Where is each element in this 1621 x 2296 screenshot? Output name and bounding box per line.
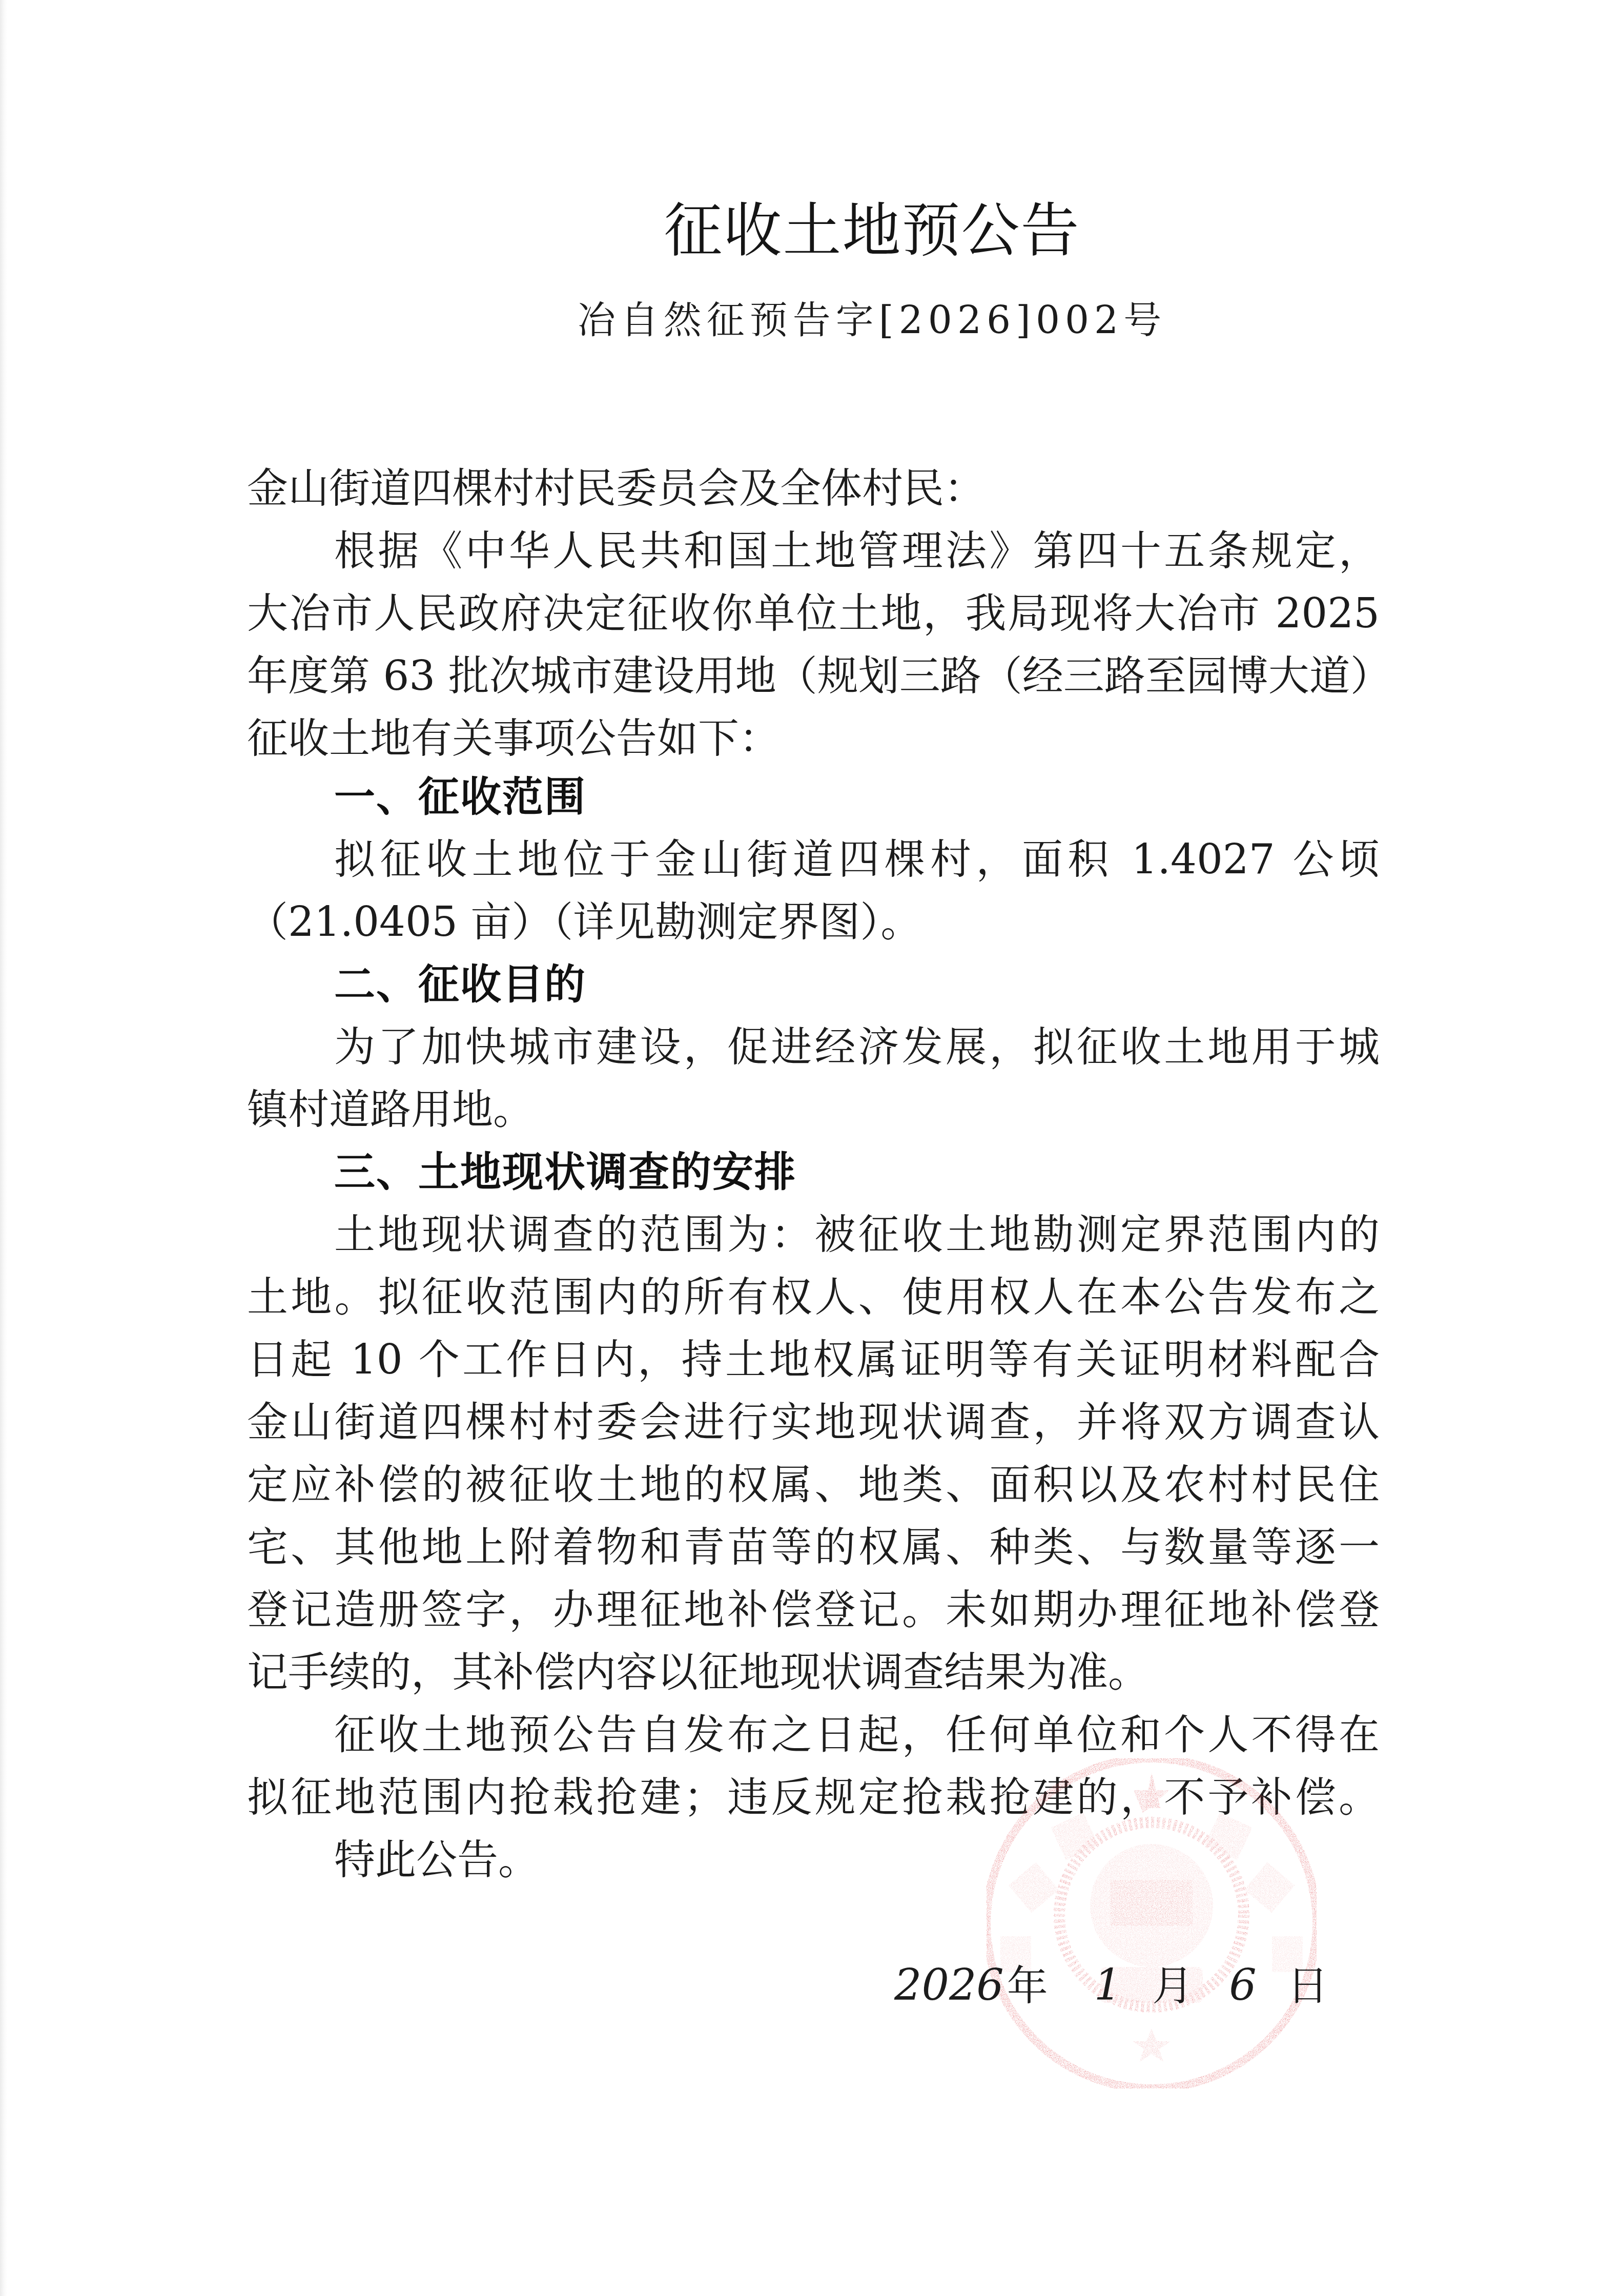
intro-line: 征收土地有关事项公告如下： — [247, 707, 1380, 770]
section-line: 日起 10 个工作日内，持土地权属证明等有关证明材料配合 — [247, 1328, 1380, 1391]
section-heading-survey: 三、土地现状调查的安排 — [334, 1141, 1380, 1203]
section-line: 土地。拟征收范围内的所有权人、使用权人在本公告发布之 — [247, 1266, 1380, 1328]
date-day-label: 日 — [1287, 1955, 1328, 2017]
section-line: 记手续的，其补偿内容以征地现状调查结果为准。 — [247, 1641, 1380, 1704]
intro-line: 根据《中华人民共和国土地管理法》第四十五条规定， — [334, 520, 1380, 582]
date-month: 1 — [1094, 1954, 1121, 2016]
section-line: （21.0405 亩）（详见勘测定界图）。 — [247, 891, 1380, 953]
warning-line: 征收土地预公告自发布之日起，任何单位和个人不得在 — [334, 1704, 1380, 1766]
scan-edge — [0, 0, 7, 2296]
date-year: 2026 — [894, 1954, 1004, 2016]
closing-text: 特此公告。 — [334, 1829, 1380, 1891]
section-line: 拟征收土地位于金山街道四棵村，面积 1.4027 公顷 — [334, 828, 1380, 891]
section-line: 镇村道路用地。 — [247, 1078, 1380, 1141]
date-day: 6 — [1229, 1954, 1256, 2016]
section-heading-purpose: 二、征收目的 — [334, 953, 1380, 1016]
section-line: 登记造册签字，办理征地补偿登记。未如期办理征地补偿登 — [247, 1578, 1380, 1641]
issue-date: 2026年1月6日 — [894, 1954, 1328, 2016]
document-number: 冶自然征预告字[2026]002号 — [0, 297, 1621, 343]
warning-line: 拟征地范围内抢栽抢建；违反规定抢栽抢建的，不予补偿。 — [247, 1766, 1380, 1829]
section-line: 宅、其他地上附着物和青苗等的权属、种类、与数量等逐一 — [247, 1516, 1380, 1578]
intro-line: 大冶市人民政府决定征收你单位土地，我局现将大冶市 2025 — [247, 582, 1380, 645]
document-title: 征收土地预公告 — [0, 195, 1621, 266]
section-line: 金山街道四棵村村委会进行实地现状调查，并将双方调查认 — [247, 1391, 1380, 1453]
section-line: 为了加快城市建设，促进经济发展，拟征收土地用于城 — [334, 1016, 1380, 1078]
section-line: 定应补偿的被征收土地的权属、地类、面积以及农村村民住 — [247, 1453, 1380, 1516]
section-heading-scope: 一、征收范围 — [334, 766, 1380, 828]
date-year-label: 年 — [1007, 1955, 1048, 2017]
salutation: 金山街道四棵村村民委员会及全体村民： — [247, 457, 1380, 520]
section-line: 土地现状调查的范围为：被征收土地勘测定界范围内的 — [334, 1203, 1380, 1266]
date-month-label: 月 — [1152, 1955, 1193, 2017]
intro-line: 年度第 63 批次城市建设用地（规划三路（经三路至园博大道） — [247, 645, 1380, 707]
